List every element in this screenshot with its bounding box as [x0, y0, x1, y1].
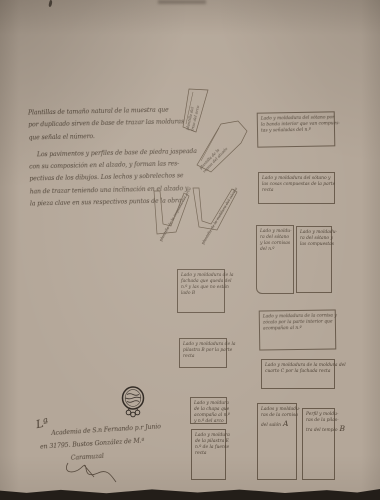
label-box-r1: Lado y moldadura del sótano por la banda…: [257, 111, 336, 147]
template-caption: plantilla de la moldura del zócalo: [201, 187, 239, 246]
label-line: Lado y moldadura de la: [183, 342, 224, 348]
label-line: Lado y moldadura de la moldura del: [265, 363, 332, 369]
label-box-r5: Lado y moldadura de la cornisa y zócalo …: [259, 309, 337, 350]
ink-smudge: [158, 0, 206, 4]
label-box-r7: Lados y moldadu- ras de la cornisa del s…: [257, 403, 297, 480]
label-line: y n.º del arco: [194, 419, 224, 425]
template-caption: plantilla de la repisa del alzado: [199, 143, 229, 173]
label-line: tas y señaladas del n.º: [261, 127, 332, 134]
label-box-r6: Lado y moldadura de la moldura del cuart…: [261, 359, 335, 389]
intro-text: Plantillas de tamaño natural de la muest…: [28, 105, 172, 211]
label-line: Lados y moldadu-: [261, 407, 294, 413]
label-line: Perfil y moldu-: [306, 412, 332, 418]
label-line: Lado y moldadura de la: [181, 273, 222, 279]
label-line: Lado y moldura: [194, 401, 224, 407]
label-text: tra del templo: [306, 428, 337, 433]
label-line: tra del temploB: [306, 424, 332, 435]
label-box-r2: Lado y moldadura del sótano y las cosas …: [258, 172, 335, 204]
label-box-m3: Lado y moldura de la chapa que acompaña …: [190, 397, 227, 424]
label-box-r8: Perfil y moldu- ras de la pilas- tra del…: [302, 408, 335, 480]
ink-mark: [48, 0, 53, 7]
label-line: recta: [195, 451, 223, 457]
text-line: la pieza clave en sus respectivos puntos…: [30, 196, 172, 211]
label-line: cuarto C por la fachada recta: [265, 369, 332, 375]
label-line: Lado y moldadura del sótano y: [262, 176, 332, 182]
label-line: del salónA: [261, 419, 294, 430]
label-line: lado B: [181, 291, 222, 297]
label-line: del n.º: [260, 247, 291, 253]
label-box-m1: Lado y moldadura de la fachada que queda…: [177, 269, 225, 313]
label-line: recta: [183, 354, 224, 360]
stamp-ribbon-loop: [135, 410, 140, 415]
ink-stamp-icon: [119, 386, 147, 420]
stamp-ribbon-tails: [128, 408, 138, 411]
label-line: acompañan al n.º: [263, 326, 333, 333]
label-line: las compuestas: [300, 242, 329, 248]
stamp-ribbon-loop: [131, 412, 136, 417]
reference-letter: A: [283, 419, 288, 428]
stamp-inner-ring: [125, 390, 141, 407]
label-box-m4: Lado y moldura de la pilastra E n.º de l…: [191, 429, 226, 480]
label-box-r3: Lado y moldu- ra del sótano y las cornis…: [256, 225, 294, 294]
stamp-ribbon-loop: [126, 410, 131, 415]
flourish-stroke: [66, 463, 116, 482]
template-caption: plantilla del friso del arco: [186, 104, 201, 132]
manuscript-sheet: Plantillas de tamaño natural de la muest…: [0, 0, 380, 500]
reference-letter: B: [339, 424, 345, 433]
label-line: Lado y moldu-: [260, 229, 291, 235]
text-line: plantilla de la moldura del zócalo: [201, 187, 239, 246]
stamp-outer-ring: [123, 387, 144, 409]
label-box-r4: Lado y moldadu- ra del sótano y las comp…: [296, 226, 332, 293]
label-line: Lado y moldadu-: [300, 230, 329, 236]
label-box-m2: Lado y moldadura de la pilastra B por la…: [179, 338, 227, 368]
inscription-text: Academia de S.n Fernando p.r Junio en 31…: [39, 420, 161, 466]
label-line: Lado y moldura: [195, 433, 223, 439]
label-line: recta: [262, 188, 332, 194]
label-text: del salón: [261, 423, 281, 428]
scan-edge: [0, 487, 380, 500]
stamp-text-lines: [126, 394, 142, 403]
